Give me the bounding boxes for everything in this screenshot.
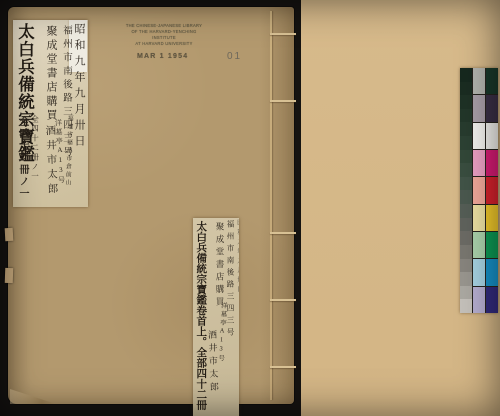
gray-wedge xyxy=(460,68,472,313)
gray-step xyxy=(460,231,472,245)
color-patch-tint xyxy=(473,150,485,176)
gray-step xyxy=(460,136,472,150)
color-patch-tint xyxy=(473,287,485,313)
binding-stitch xyxy=(270,100,296,102)
gray-step xyxy=(460,259,472,273)
gray-step xyxy=(460,122,472,136)
bottom-label-address-column: 福州市南後路三四三号 xyxy=(227,220,235,340)
color-patch-tint xyxy=(473,68,485,94)
color-patch-solid xyxy=(486,68,498,94)
library-stamp-line2: OF THE HARVARD-YENCHING INSTITUTE xyxy=(122,29,206,41)
gray-step xyxy=(460,272,472,286)
top-label-bookstore-column: 聚成堂書店購買 xyxy=(45,25,56,123)
gray-step xyxy=(460,68,472,82)
accession-number: 01 xyxy=(227,51,242,62)
color-patch-solid xyxy=(486,95,498,121)
page-edge-tab xyxy=(5,228,14,241)
binding-stitch xyxy=(270,366,296,368)
top-label-date-column: 昭和九年九月卅日 xyxy=(73,23,84,151)
gray-step xyxy=(460,82,472,96)
top-label-owner-name-column: 酒井市太郎 xyxy=(43,125,56,198)
bottom-title-label: 昭和九年九月卅日 福州市南後路三四三号 聚成堂書店購買 洋墓亭A13号 酒井市太… xyxy=(193,218,239,416)
color-patch-tint xyxy=(473,95,485,121)
date-stamp: MAR 1 1954 xyxy=(137,53,188,60)
gray-step xyxy=(460,299,472,313)
gray-step xyxy=(460,95,472,109)
color-patch-solid xyxy=(486,232,498,258)
binding-stitch xyxy=(270,232,296,234)
color-patch-tint xyxy=(473,205,485,231)
binding-stitch xyxy=(270,299,296,301)
binding-crease xyxy=(270,11,272,400)
book-cover: 昭和九年九月卅日 福州市南後路三四三号 聚成堂書店購買 福建省福州市倉前山 洋墓… xyxy=(8,7,294,404)
color-patch-solid xyxy=(486,123,498,149)
gray-step xyxy=(460,109,472,123)
color-calibration-bar xyxy=(460,68,498,313)
color-patch-tint xyxy=(473,177,485,203)
bottom-label-title-column: 太白兵備統宗寶鑑卷首上。全部四十二冊 xyxy=(195,221,205,410)
color-patch-solid xyxy=(486,259,498,285)
binding-stitch xyxy=(270,33,296,35)
color-patch-solid xyxy=(486,177,498,203)
gray-step xyxy=(460,190,472,204)
bottom-label-bookstore-column: 聚成堂書店購買 xyxy=(216,222,225,310)
gray-step xyxy=(460,177,472,191)
color-patch-solid xyxy=(486,287,498,313)
gray-step xyxy=(460,150,472,164)
color-patch-tint xyxy=(473,259,485,285)
color-patch-solid xyxy=(486,205,498,231)
gray-step xyxy=(460,245,472,259)
gray-step xyxy=(460,163,472,177)
gray-step xyxy=(460,204,472,218)
gray-step xyxy=(460,286,472,300)
backing-board xyxy=(301,0,500,416)
top-label-volume-note-small: 全四十二冊ノ一 xyxy=(31,115,39,182)
photo-stage: 昭和九年九月卅日 福州市南後路三四三号 聚成堂書店購買 福建省福州市倉前山 洋墓… xyxy=(0,0,500,416)
color-patch-solid xyxy=(486,150,498,176)
corner-fold xyxy=(10,389,56,404)
library-stamp: THE CHINESE-JAPANESE LIBRARY OF THE HARV… xyxy=(122,23,206,47)
gray-step xyxy=(460,218,472,232)
top-label-volume-note-large: 全四十二冊ノ一 xyxy=(17,116,27,200)
color-patch-tint xyxy=(473,232,485,258)
library-stamp-line3: AT HARVARD UNIVERSITY xyxy=(122,41,206,47)
top-title-label: 昭和九年九月卅日 福州市南後路三四三号 聚成堂書店購買 福建省福州市倉前山 洋墓… xyxy=(13,20,88,207)
page-edge-tab xyxy=(5,268,14,283)
bottom-label-date-column: 昭和九年九月卅日 xyxy=(236,219,240,295)
patch-grid xyxy=(473,68,498,313)
bottom-label-owner-name-column: 酒井市太郎 xyxy=(207,330,218,395)
color-patch-tint xyxy=(473,123,485,149)
